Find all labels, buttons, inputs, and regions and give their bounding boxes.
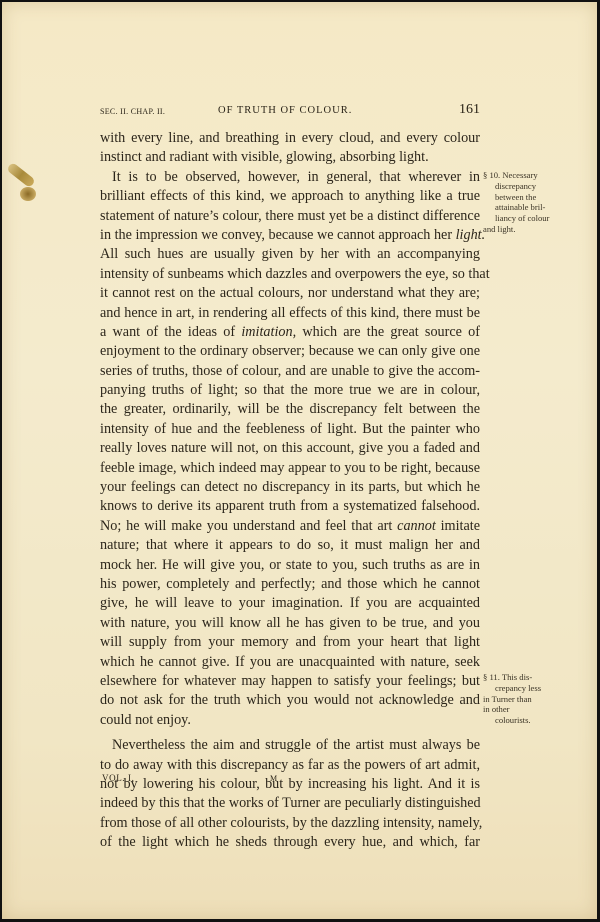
text-line: really loves nature will not, on this ac… xyxy=(100,439,480,458)
sidenote-line: attainable bril- xyxy=(483,202,549,213)
sidenote-line: between the xyxy=(483,192,549,203)
emphasis-text: cannot xyxy=(397,518,436,534)
text-line: it cannot rest on the actual colours, no… xyxy=(100,284,480,303)
text-line: elsewhere for whatever may happen to sat… xyxy=(100,672,480,691)
sidenote-line: liancy of colour xyxy=(483,213,549,224)
book-page: SEC. II. CHAP. II. OF TRUTH OF COLOUR. 1… xyxy=(2,2,597,919)
text-line: enjoyment to the ordinary observer; beca… xyxy=(100,342,480,361)
text-line: intensity of hue and the feebleness of l… xyxy=(100,420,480,439)
text-line: mock her. He will give you, or state to … xyxy=(100,556,480,575)
text-line: and hence in art, in rendering all effec… xyxy=(100,304,480,323)
text-line: the greater, ordinarily, will be the dis… xyxy=(100,400,480,419)
page-footer: VOL. I. M xyxy=(100,773,480,787)
text-line: All such hues are usually given by her w… xyxy=(100,245,480,264)
text-line: with nature, you will know all he has gi… xyxy=(100,614,480,633)
text-line: will supply from your memory and from yo… xyxy=(100,633,480,652)
sidenote-line: colourists. xyxy=(483,715,541,726)
text-line: could not enjoy. xyxy=(100,711,480,730)
sidenote-section-11: § 11. This dis- crepancy less in Turner … xyxy=(483,672,541,726)
text-line: which he cannot give. If you are unacqua… xyxy=(100,653,480,672)
text-line: from those of all other colourists, by t… xyxy=(100,814,480,833)
sidenote-line: in other xyxy=(483,704,541,715)
text-line: do not ask for the truth which you would… xyxy=(100,691,480,710)
paragraph-start-line: Nevertheless the aim and struggle of the… xyxy=(100,736,480,755)
text-line: with every line, and breathing in every … xyxy=(100,129,480,148)
sidenote-line: discrepancy xyxy=(483,181,549,192)
emphasis-text: imitation, xyxy=(241,324,296,340)
text-line: series of truths, those of colour, and a… xyxy=(100,362,480,381)
section-chapter-label: SEC. II. CHAP. II. xyxy=(100,107,165,116)
sidenote-line: in Turner than xyxy=(483,694,541,705)
text-line: nature; that where it appears to do so, … xyxy=(100,536,480,555)
running-head: SEC. II. CHAP. II. OF TRUTH OF COLOUR. 1… xyxy=(100,104,480,120)
text-line: No; he will make you understand and feel… xyxy=(100,517,480,536)
text-line: indeed by this that the works of Turner … xyxy=(100,794,480,813)
text-line: statement of nature’s colour, there must… xyxy=(100,207,480,226)
text-line: his power, completely and perfectly; and… xyxy=(100,575,480,594)
page-number: 161 xyxy=(459,102,480,118)
text-line: knows to derive its apparent truth from … xyxy=(100,497,480,516)
text-line: of the light which he sheds through ever… xyxy=(100,833,480,852)
volume-label: VOL. I. xyxy=(102,773,134,783)
text-line: brilliant effects of this kind, we appro… xyxy=(100,187,480,206)
sidenote-line: and light. xyxy=(483,224,549,235)
sidenote-section-10: § 10. Necessary discrepancy between the … xyxy=(483,170,549,235)
body-text: with every line, and breathing in every … xyxy=(100,129,480,852)
text-line: intensity of sunbeams which dazzles and … xyxy=(100,265,480,284)
text-line: instinct and radiant with visible, glowi… xyxy=(100,148,480,167)
text-line: give, he will leave to your imagination.… xyxy=(100,594,480,613)
emphasis-text: light. xyxy=(456,227,486,243)
paragraph-start-line: It is to be observed, however, in genera… xyxy=(100,168,480,187)
text-line: panying truths of light; so that the mor… xyxy=(100,381,480,400)
text-line: to do away with this discrepancy as far … xyxy=(100,756,480,775)
chapter-title: OF TRUTH OF COLOUR. xyxy=(218,105,352,116)
sidenote-line: crepancy less xyxy=(483,683,541,694)
bookmark-tassel xyxy=(6,162,36,188)
sidenote-line: § 11. This dis- xyxy=(483,672,532,682)
text-line: feeble image, which indeed may appear to… xyxy=(100,459,480,478)
bookmark-tassel-knot xyxy=(20,187,36,201)
text-line: your feelings can detect no discrepancy … xyxy=(100,478,480,497)
text-line: a want of the ideas of imitation, which … xyxy=(100,323,480,342)
signature-mark: M xyxy=(270,774,277,783)
text-line: in the impression we convey, because we … xyxy=(100,226,480,245)
sidenote-line: § 10. Necessary xyxy=(483,170,538,180)
